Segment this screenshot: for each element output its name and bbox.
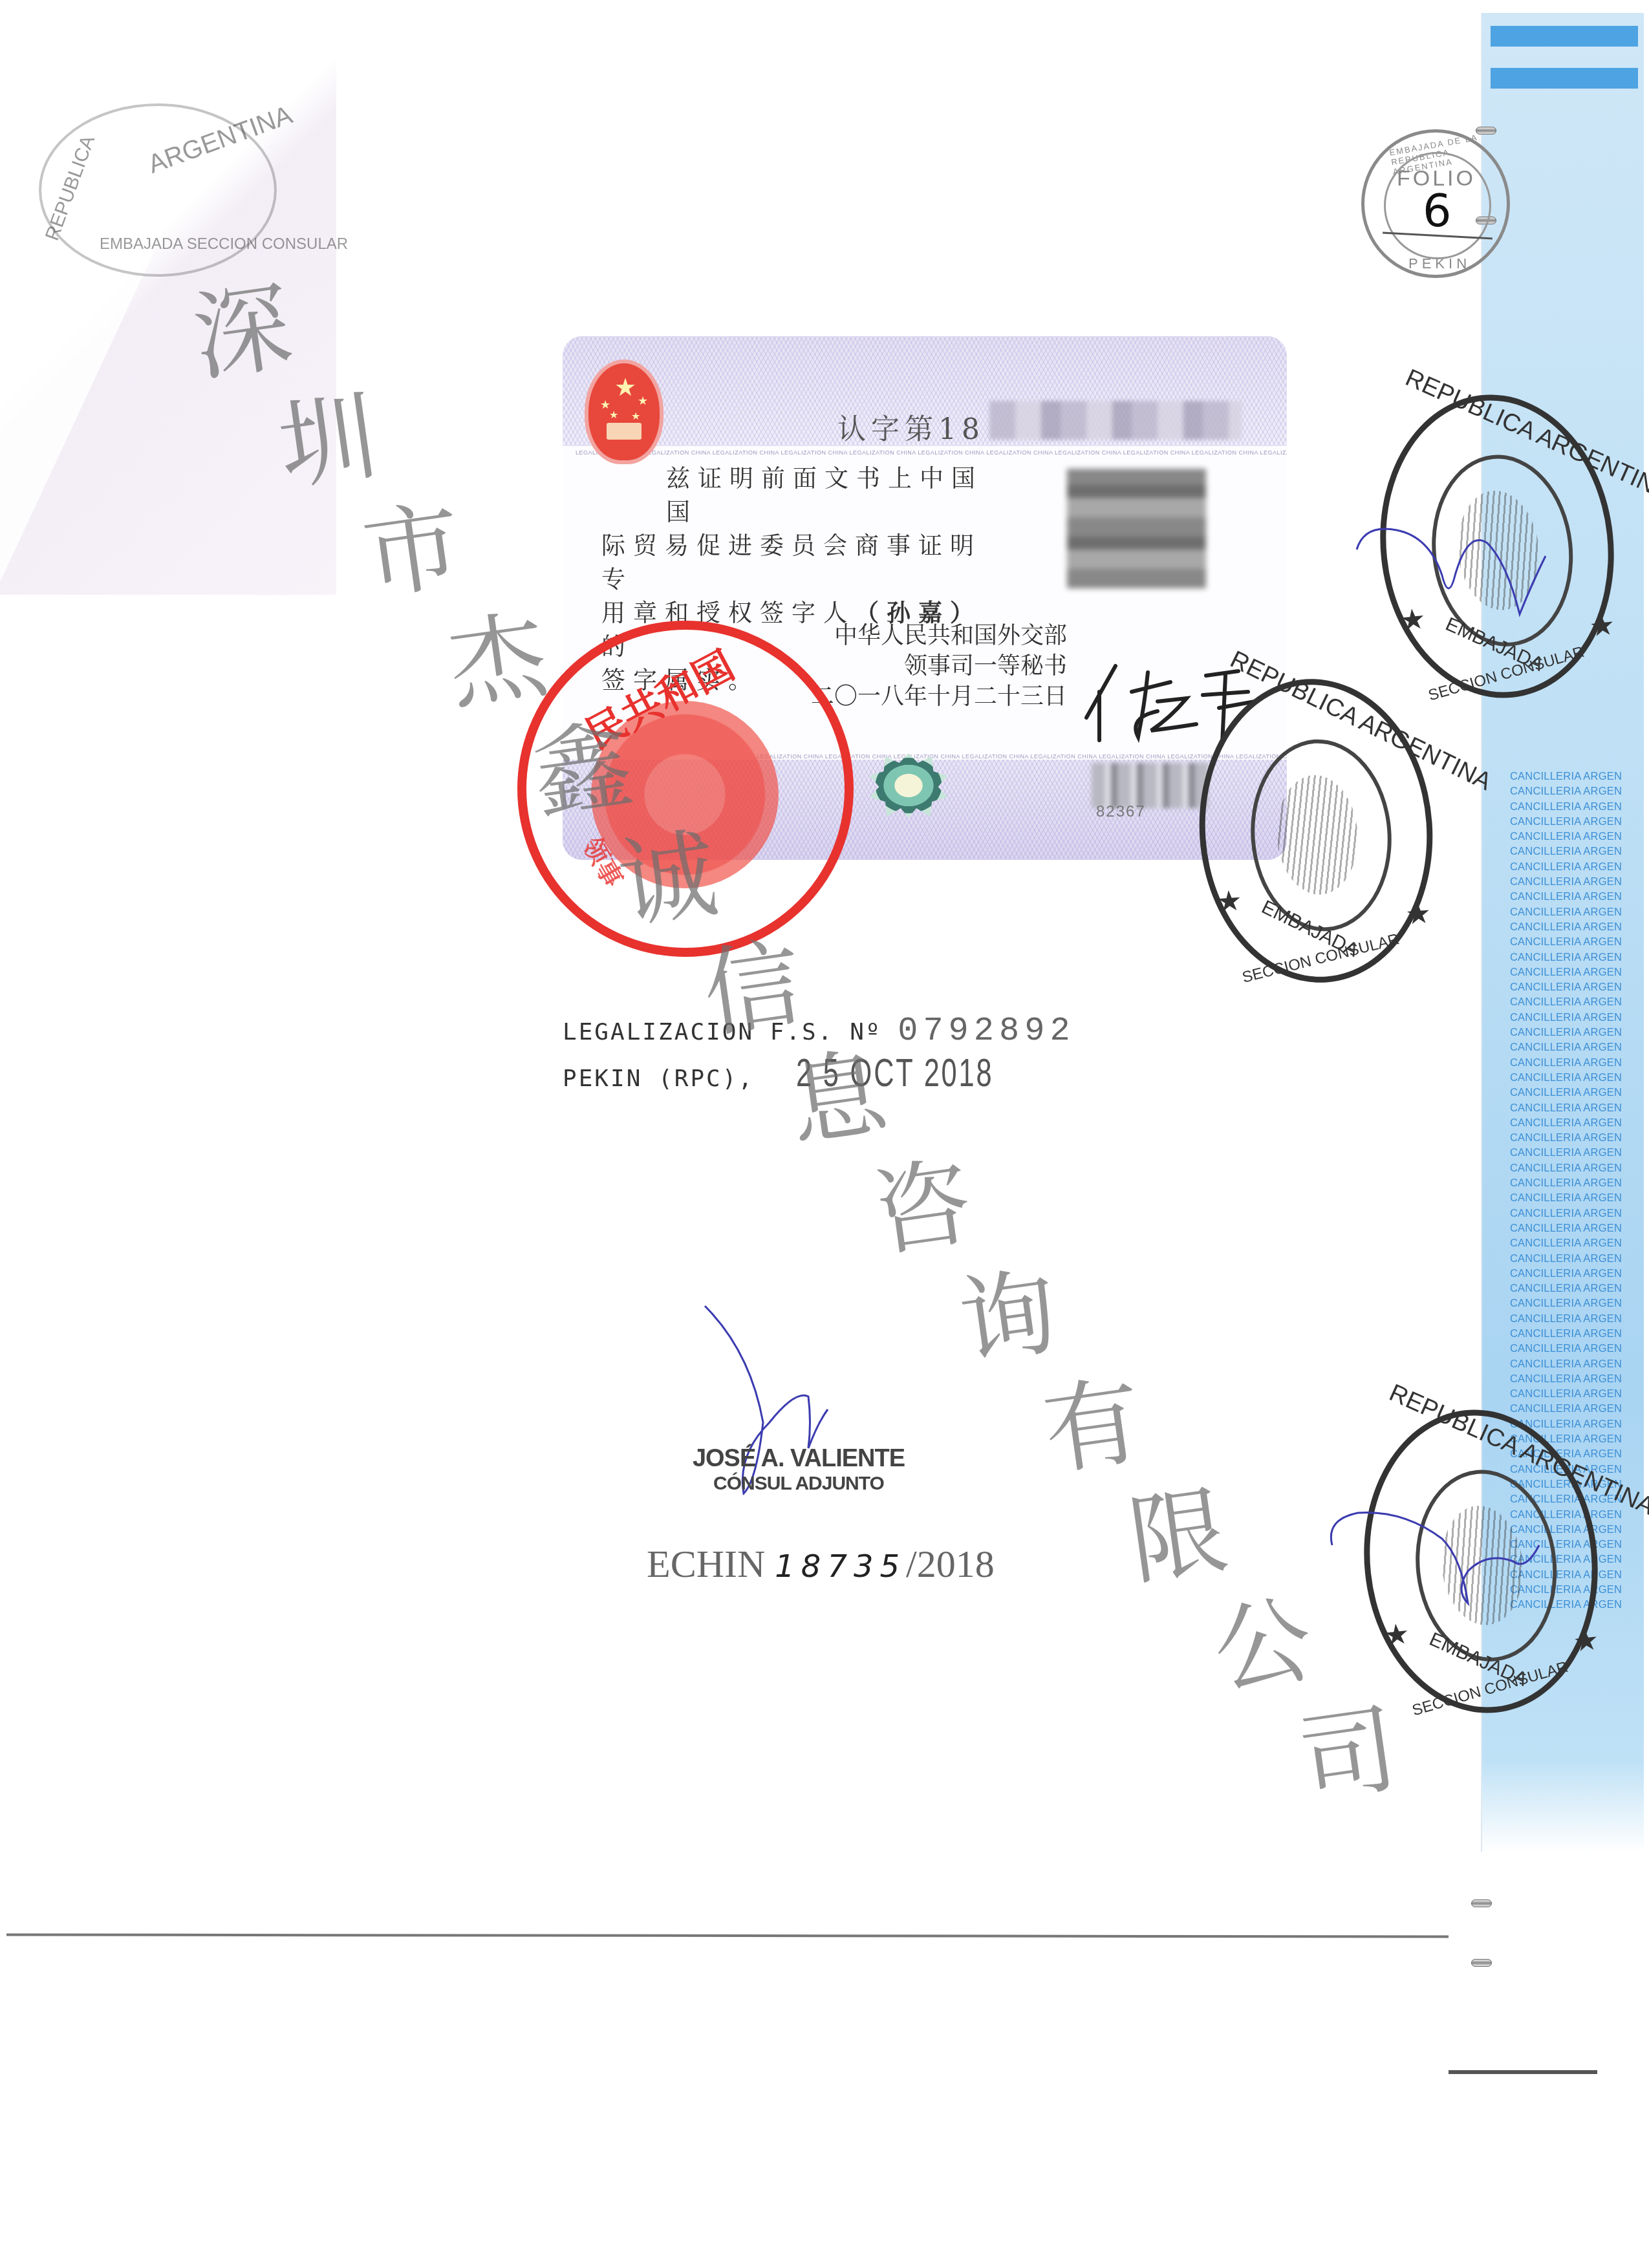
staple [1471, 1959, 1492, 1967]
watermark-character: 信 [698, 935, 808, 1044]
watermark-character: 询 [953, 1263, 1062, 1372]
folio-stamp: EMBAJADA DE LA REPUBLICA ARGENTINA FOLIO… [1361, 129, 1510, 278]
legalization-number: 0792892 [898, 1012, 1075, 1050]
watermark-character: 司 [1293, 1700, 1403, 1810]
registry-number: ECHIN 18735/2018 [647, 1542, 995, 1587]
page-bottom-edge [6, 1933, 1449, 1938]
faded-embassy-stamp: ARGENTINA REPUBLICA EMBAJADA SECCION CON… [39, 103, 277, 277]
watermark-character: 限 [1123, 1482, 1233, 1591]
consul-title: CÓNSUL ADJUNTO [676, 1473, 921, 1495]
faded-stamp-text-bottom: EMBAJADA SECCION CONSULAR [100, 235, 348, 253]
ink-mark [1319, 1448, 1533, 1578]
folio-number: 6 [1423, 184, 1452, 237]
staple [1471, 1899, 1492, 1907]
watermark-character: 诚 [613, 825, 722, 934]
registry-prefix: ECHIN [647, 1543, 765, 1585]
redacted-reference [989, 401, 1242, 440]
folio-ring-bottom: PEKIN [1408, 255, 1471, 272]
page-bottom-edge-right [1449, 2070, 1597, 2074]
body-line: 兹证明前面文书上中国国 [601, 462, 989, 530]
registry-handwritten-number: 18735 [775, 1548, 906, 1585]
certificate-reference-number: 认字第18 [837, 406, 985, 447]
certificate-serial: 82367 [1096, 803, 1146, 821]
watermark-character: 圳 [273, 388, 382, 497]
redacted-qr-code [1067, 469, 1206, 588]
watermark-character: 咨 [868, 1153, 978, 1263]
watermark-character: 鑫 [528, 716, 637, 825]
strip-band-bottom [1491, 68, 1638, 89]
consul-block: JOSÉ A. VALIENTE CÓNSUL ADJUNTO [676, 1445, 921, 1495]
watermark-character: 息 [783, 1044, 892, 1153]
watermark-character: 市 [358, 497, 467, 606]
consul-name: JOSÉ A. VALIENTE [676, 1445, 921, 1473]
redacted-barcode [1092, 763, 1208, 808]
watermark-character: 杰 [443, 606, 552, 716]
body-line: 际贸易促进委员会商事证明专 [601, 530, 989, 597]
watermark-character: 有 [1039, 1373, 1148, 1482]
legalization-place: PEKIN (RPC), [563, 1065, 754, 1092]
national-emblem-icon: ★ ★ ★ ★ ★ [588, 363, 660, 460]
watermark-character: 深 [188, 278, 297, 387]
microprint-top: LEGALIZATION CHINA LEGALIZATION CHINA LE… [576, 449, 1287, 456]
ink-mark [1352, 453, 1546, 582]
strip-band-top [1491, 26, 1638, 47]
watermark-character: 公 [1209, 1591, 1318, 1700]
registry-year: /2018 [906, 1543, 995, 1585]
